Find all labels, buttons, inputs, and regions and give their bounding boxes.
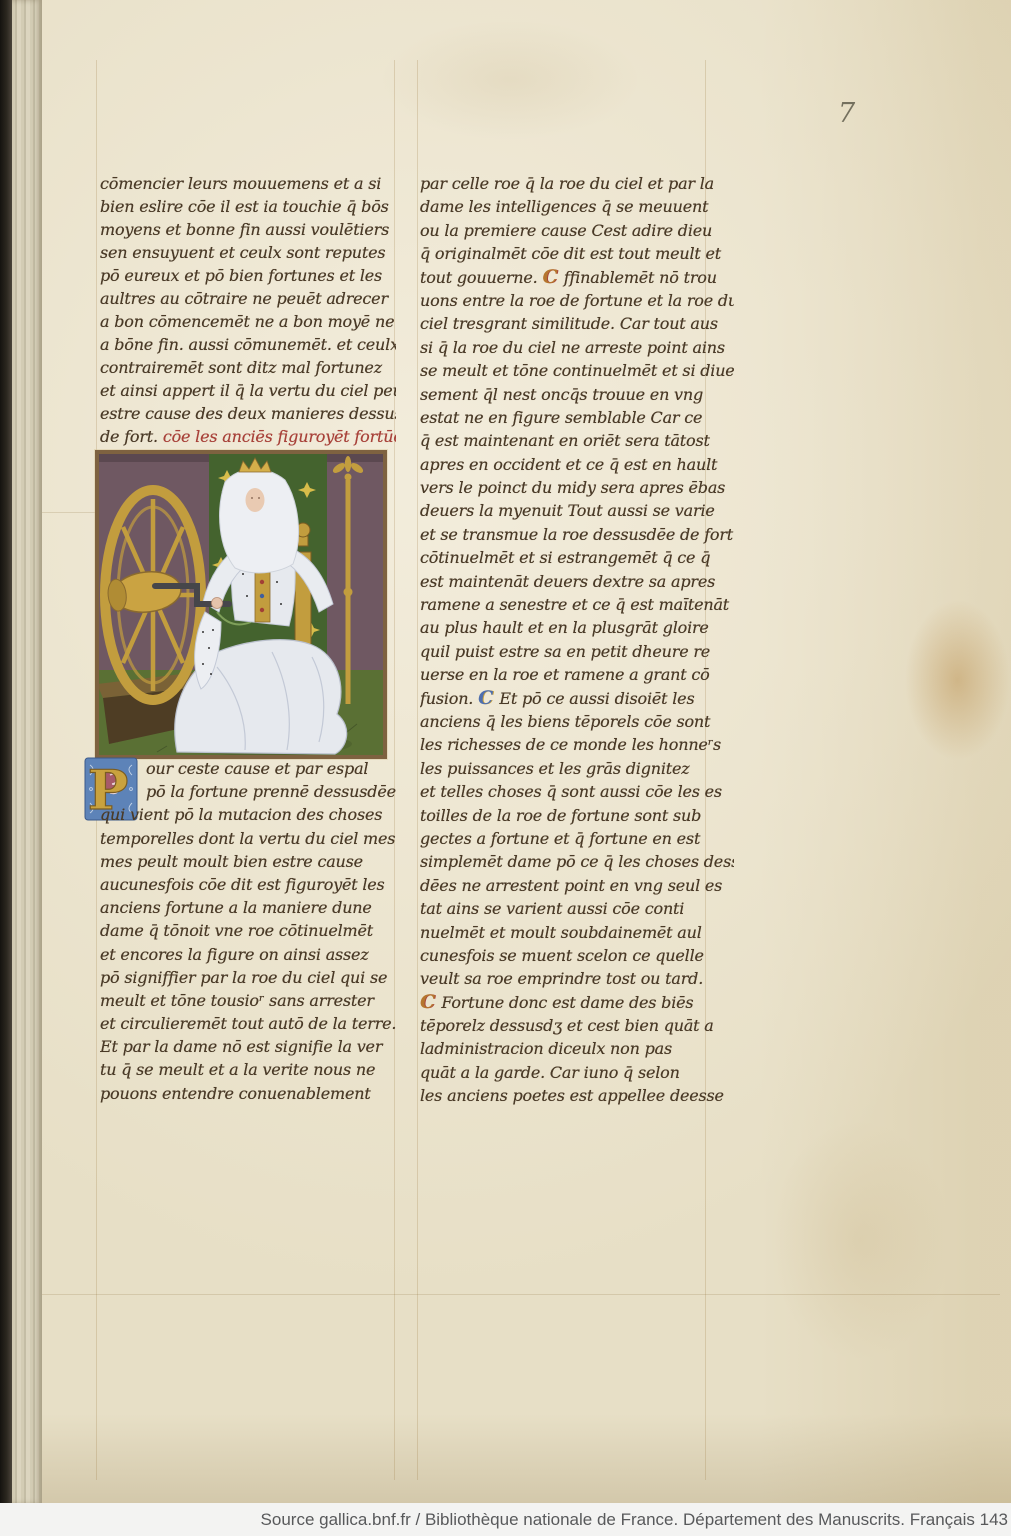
manuscript-text-line: vers le poinct du midy sera apres ēbas xyxy=(420,476,734,499)
manuscript-text-line: pō la fortune prennē dessusdēe xyxy=(100,780,398,803)
manuscript-text-line: a bon cōmencemēt ne a bon moyē ne xyxy=(100,310,396,333)
manuscript-text-line: dame les intelligences q̄ se meuuent xyxy=(420,195,734,218)
manuscript-text-line: q̄ originalmēt cōe dit est tout meult et xyxy=(420,242,734,265)
manuscript-text-line: temporelles dont la vertu du ciel mes xyxy=(100,827,398,850)
manuscript-text-line: tat ains se varient aussi cōe conti xyxy=(420,897,734,920)
hand xyxy=(212,598,223,609)
manuscript-text-line: ou la premiere cause Cest adire dieu xyxy=(420,219,734,242)
parchment-stain xyxy=(770,1120,950,1360)
manuscript-text-line: a bōne fin. aussi cōmunemēt. et ceulx xyxy=(100,333,396,356)
manuscript-text-line: et se transmue la roe dessusdēe de fort xyxy=(420,523,734,546)
face xyxy=(246,488,265,512)
manuscript-text-line: uons entre la roe de fortune et la roe d… xyxy=(420,289,734,312)
manuscript-text-line: ciel tresgrant similitude. Car tout aus xyxy=(420,312,734,335)
fortune-wheel-miniature xyxy=(97,452,385,757)
manuscript-text-line: uerse en la roe et ramene a grant cō xyxy=(420,663,734,686)
manuscript-text-line: aucunesfois cōe dit est figuroyēt les xyxy=(100,873,398,896)
manuscript-text-line: se meult et tōne continuelmēt et si diue… xyxy=(420,359,734,382)
manuscript-text-line: cunesfois se muent scelon ce quelle xyxy=(420,944,734,967)
page-crease xyxy=(40,1294,1000,1295)
manuscript-text-line: cōmencier leurs mouuemens et a si xyxy=(100,172,396,195)
ruling-line xyxy=(417,60,418,1480)
left-column-lower-text: our ceste cause et par espalpō la fortun… xyxy=(100,757,398,1105)
folio-number: 7 xyxy=(838,98,855,129)
manuscript-text-line: tout gouuerne. C ffinablemēt nō trou xyxy=(420,266,734,289)
manuscript-text-line: est maintenāt deuers dextre sa apres xyxy=(420,570,734,593)
manuscript-text-line: pō eureux et pō bien fortunes et les xyxy=(100,264,396,287)
veil xyxy=(220,469,299,573)
manuscript-text-line: quil puist estre sa en petit dheure re xyxy=(420,640,734,663)
manuscript-page: 7 cōmencier leurs mouuemens et a sibien … xyxy=(0,0,1011,1504)
manuscript-text-line: mes peult moult bien estre cause xyxy=(100,850,398,873)
manuscript-text-line: Et par la dame nō est signifie la ver xyxy=(100,1035,398,1058)
page-stack-edge xyxy=(12,0,42,1504)
manuscript-text-line: sement q̄l nest oncq̄s trouue en vng xyxy=(420,383,734,406)
manuscript-text-line: pō signiffier par la roe du ciel qui se xyxy=(100,966,398,989)
manuscript-text-line: aultres au cōtraire ne peuēt adrecer xyxy=(100,287,396,310)
manuscript-photo: 7 cōmencier leurs mouuemens et a sibien … xyxy=(0,0,1011,1536)
manuscript-text-line: les anciens poetes est appellee deesse xyxy=(420,1084,734,1107)
manuscript-text-line: sen ensuyuent et ceulx sont reputes xyxy=(100,241,396,264)
manuscript-text-line: pouons entendre conuenablement xyxy=(100,1082,398,1105)
left-column-upper-text: cōmencier leurs mouuemens et a sibien es… xyxy=(100,172,396,448)
manuscript-text-line: qui vient pō la mutacion des choses xyxy=(100,803,398,826)
manuscript-text-line: gectes a fortune et q̄ fortune en est xyxy=(420,827,734,850)
source-attribution-text: Source gallica.bnf.fr / Bibliothèque nat… xyxy=(261,1510,1011,1530)
source-attribution-bar: Source gallica.bnf.fr / Bibliothèque nat… xyxy=(0,1503,1011,1536)
manuscript-text-line: par celle roe q̄ la roe du ciel et par l… xyxy=(420,172,734,195)
manuscript-text-line: de fort. cōe les anciēs figuroyēt fortūe xyxy=(100,425,396,448)
manuscript-text-line: tēporelz dessusdʒ et cest bien quāt a xyxy=(420,1014,734,1037)
manuscript-text-line: dame q̄ tōnoit vne roe cōtinuelmēt xyxy=(100,919,398,942)
manuscript-text-line: q̄ est maintenant en oriēt sera tātost xyxy=(420,429,734,452)
manuscript-text-line: deuers la myenuit Tout aussi se varie xyxy=(420,499,734,522)
manuscript-text-line: anciens q̄ les biens tēporels cōe sont xyxy=(420,710,734,733)
manuscript-text-line: contrairemēt sont ditz mal fortunez xyxy=(100,356,396,379)
manuscript-text-line: meult et tōne tousioʳ sans arrester xyxy=(100,989,398,1012)
manuscript-text-line: et encores la figure on ainsi assez xyxy=(100,943,398,966)
manuscript-text-line: et telles choses q̄ sont aussi cōe les e… xyxy=(420,780,734,803)
manuscript-text-line: les richesses de ce monde les honneʳs xyxy=(420,733,734,756)
manuscript-text-line: estat ne en figure semblable Car ce xyxy=(420,406,734,429)
manuscript-text-line: fusion. C Et pō ce aussi disoiēt les xyxy=(420,687,734,710)
manuscript-text-line: tu q̄ se meult et a la verite nous ne xyxy=(100,1058,398,1081)
manuscript-text-line: ramene a senestre et ce q̄ est maītenāt xyxy=(420,593,734,616)
manuscript-text-line: moyens et bonne fin aussi voulētiers xyxy=(100,218,396,241)
parchment-stain xyxy=(905,600,1010,760)
manuscript-text-line: C Fortune donc est dame des biēs xyxy=(420,991,734,1014)
binding-gutter xyxy=(0,0,12,1504)
manuscript-text-line: ladministracion diceulx non pas xyxy=(420,1037,734,1060)
manuscript-text-line: anciens fortune a la maniere dune xyxy=(100,896,398,919)
manuscript-text-line: et circulieremēt tout autō de la terre. xyxy=(100,1012,398,1035)
parchment-stain xyxy=(380,20,640,140)
manuscript-text-line: quāt a la garde. Car iuno q̄ selon xyxy=(420,1061,734,1084)
manuscript-text-line: les puissances et les grās dignitez xyxy=(420,757,734,780)
manuscript-text-line: estre cause des deux manieres dessusdēs xyxy=(100,402,396,425)
manuscript-text-line: au plus hault et en la plusgrāt gloire xyxy=(420,616,734,639)
right-column-text: par celle roe q̄ la roe du ciel et par l… xyxy=(420,172,734,1108)
manuscript-text-line: cōtinuelmēt et si estrangemēt q̄ ce q̄ xyxy=(420,546,734,569)
manuscript-text-line: nuelmēt et moult soubdainemēt aul xyxy=(420,921,734,944)
manuscript-text-line: apres en occident et ce q̄ est en hault xyxy=(420,453,734,476)
fortune-miniature-drawing xyxy=(97,452,385,757)
manuscript-text-line: si q̄ la roe du ciel ne arreste point ai… xyxy=(420,336,734,359)
manuscript-text-line: bien eslire cōe il est ia touchie q̄ bōs xyxy=(100,195,396,218)
manuscript-text-line: toilles de la roe de fortune sont sub xyxy=(420,804,734,827)
manuscript-text-line: dēes ne arrestent point en vng seul es xyxy=(420,874,734,897)
manuscript-text-line: simplemēt dame pō ce q̄ les choses dessʒ xyxy=(420,850,734,873)
manuscript-text-line: veult sa roe emprindre tost ou tard. xyxy=(420,967,734,990)
manuscript-text-line: our ceste cause et par espal xyxy=(100,757,398,780)
manuscript-text-line: et ainsi appert il q̄ la vertu du ciel p… xyxy=(100,379,396,402)
